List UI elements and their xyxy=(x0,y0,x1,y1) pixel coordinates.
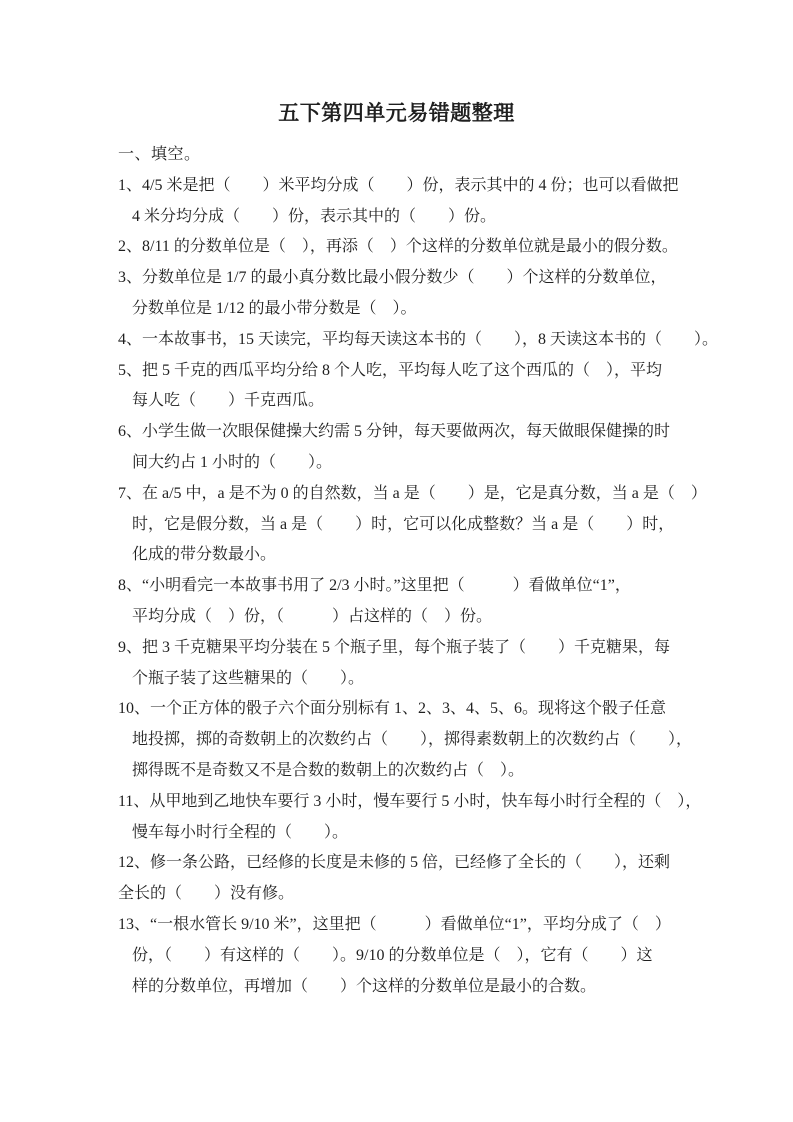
question-line: 7、在 a/5 中，a 是不为 0 的自然数，当 a 是（ ）是，它是真分数，当… xyxy=(118,479,735,510)
question-5: 5、把 5 千克的西瓜平均分给 8 个人吃，平均每人吃了这个西瓜的（ ），平均 … xyxy=(118,356,735,418)
question-line: 2、8/11 的分数单位是（ ），再添（ ）个这样的分数单位就是最小的假分数。 xyxy=(118,232,735,263)
question-line: 8、“小明看完一本故事书用了 2/3 小时。”这里把（ ）看做单位“1”， xyxy=(118,571,735,602)
section-heading: 一、填空。 xyxy=(118,140,735,171)
question-line: 3、分数单位是 1/7 的最小真分数比最小假分数少（ ）个这样的分数单位， xyxy=(118,263,735,294)
question-line: 化成的带分数最小。 xyxy=(118,540,735,571)
worksheet-content: 一、填空。 1、4/5 米是把（ ）米平均分成（ ）份，表示其中的 4 份；也可… xyxy=(118,140,735,1002)
question-line: 平均分成（ ）份，（ ）占这样的（ ）份。 xyxy=(118,602,735,633)
question-line: 个瓶子装了这些糖果的（ ）。 xyxy=(118,664,735,695)
question-9: 9、把 3 千克糖果平均分装在 5 个瓶子里，每个瓶子装了（ ）千克糖果，每 个… xyxy=(118,633,735,695)
question-line: 分数单位是 1/12 的最小带分数是（ ）。 xyxy=(118,294,735,325)
question-2: 2、8/11 的分数单位是（ ），再添（ ）个这样的分数单位就是最小的假分数。 xyxy=(118,232,735,263)
question-line: 样的分数单位，再增加（ ）个这样的分数单位是最小的合数。 xyxy=(118,972,735,1003)
worksheet-page: 五下第四单元易错题整理 一、填空。 1、4/5 米是把（ ）米平均分成（ ）份，… xyxy=(0,0,793,1122)
question-line: 全长的（ ）没有修。 xyxy=(118,879,735,910)
question-line: 6、小学生做一次眼保健操大约需 5 分钟，每天要做两次，每天做眼保健操的时 xyxy=(118,417,735,448)
question-line: 5、把 5 千克的西瓜平均分给 8 个人吃，平均每人吃了这个西瓜的（ ），平均 xyxy=(118,356,735,387)
question-13: 13、“一根水管长 9/10 米”，这里把（ ）看做单位“1”，平均分成了（ ）… xyxy=(118,910,735,1002)
question-10: 10、一个正方体的骰子六个面分别标有 1、2、3、4、5、6。现将这个骰子任意 … xyxy=(118,694,735,786)
question-line: 每人吃（ ）千克西瓜。 xyxy=(118,386,735,417)
question-line: 11、从甲地到乙地快车要行 3 小时，慢车要行 5 小时，快车每小时行全程的（ … xyxy=(118,787,735,818)
question-line: 间大约占 1 小时的（ ）。 xyxy=(118,448,735,479)
question-line: 1、4/5 米是把（ ）米平均分成（ ）份，表示其中的 4 份；也可以看做把 xyxy=(118,171,735,202)
question-line: 4 米分均分成（ ）份，表示其中的（ ）份。 xyxy=(118,202,735,233)
question-4: 4、一本故事书，15 天读完，平均每天读这本书的（ ），8 天读这本书的（ ）。 xyxy=(118,325,735,356)
question-6: 6、小学生做一次眼保健操大约需 5 分钟，每天要做两次，每天做眼保健操的时 间大… xyxy=(118,417,735,479)
question-line: 12、修一条公路，已经修的长度是未修的 5 倍，已经修了全长的（ ），还剩 xyxy=(118,848,735,879)
page-title: 五下第四单元易错题整理 xyxy=(0,0,793,127)
question-line: 9、把 3 千克糖果平均分装在 5 个瓶子里，每个瓶子装了（ ）千克糖果，每 xyxy=(118,633,735,664)
question-line: 时，它是假分数，当 a 是（ ）时，它可以化成整数？当 a 是（ ）时， xyxy=(118,510,735,541)
question-line: 慢车每小时行全程的（ ）。 xyxy=(118,818,735,849)
question-3: 3、分数单位是 1/7 的最小真分数比最小假分数少（ ）个这样的分数单位， 分数… xyxy=(118,263,735,325)
question-12: 12、修一条公路，已经修的长度是未修的 5 倍，已经修了全长的（ ），还剩 全长… xyxy=(118,848,735,910)
question-1: 1、4/5 米是把（ ）米平均分成（ ）份，表示其中的 4 份；也可以看做把 4… xyxy=(118,171,735,233)
question-line: 掷得既不是奇数又不是合数的数朝上的次数约占（ ）。 xyxy=(118,756,735,787)
question-line: 份，（ ）有这样的（ ）。9/10 的分数单位是（ ），它有（ ）这 xyxy=(118,941,735,972)
question-line: 4、一本故事书，15 天读完，平均每天读这本书的（ ），8 天读这本书的（ ）。 xyxy=(118,325,735,356)
question-line: 13、“一根水管长 9/10 米”，这里把（ ）看做单位“1”，平均分成了（ ） xyxy=(118,910,735,941)
question-11: 11、从甲地到乙地快车要行 3 小时，慢车要行 5 小时，快车每小时行全程的（ … xyxy=(118,787,735,849)
question-line: 10、一个正方体的骰子六个面分别标有 1、2、3、4、5、6。现将这个骰子任意 xyxy=(118,694,735,725)
question-8: 8、“小明看完一本故事书用了 2/3 小时。”这里把（ ）看做单位“1”， 平均… xyxy=(118,571,735,633)
question-line: 地投掷，掷的奇数朝上的次数约占（ ），掷得素数朝上的次数约占（ ）， xyxy=(118,725,735,756)
question-7: 7、在 a/5 中，a 是不为 0 的自然数，当 a 是（ ）是，它是真分数，当… xyxy=(118,479,735,571)
